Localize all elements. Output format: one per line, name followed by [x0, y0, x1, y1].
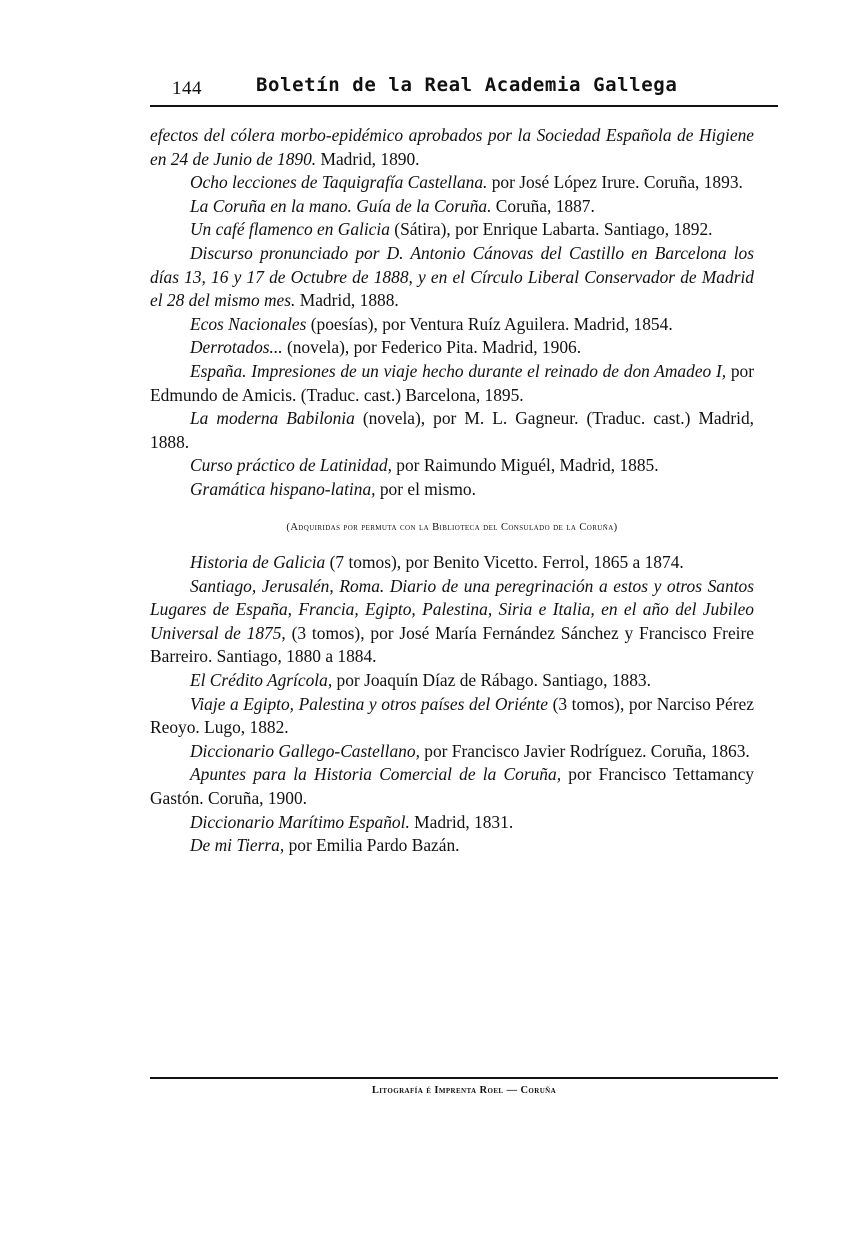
- entry-title: Viaje a Egipto, Palestina y otros países…: [190, 694, 548, 714]
- entry-title: La moderna Babilonia: [190, 408, 355, 428]
- entry-details: por el mismo.: [376, 479, 476, 499]
- bibliography-entry: efectos del cólera morbo-epidémico aprob…: [150, 124, 754, 171]
- entry-title: Ocho lecciones de Taquigrafía Castellana…: [190, 172, 487, 192]
- bibliography-entry: Ocho lecciones de Taquigrafía Castellana…: [150, 171, 754, 195]
- entry-title: Ecos Nacionales: [190, 314, 306, 334]
- entry-title: La Coruña en la mano. Guía de la Coruña.: [190, 196, 491, 216]
- entry-details: por Francisco Javier Rodríguez. Coruña, …: [420, 741, 750, 761]
- entry-title: Discurso pronunciado por D. Antonio Cáno…: [150, 243, 754, 310]
- bibliography-entry: La moderna Babilonia (novela), por M. L.…: [150, 407, 754, 454]
- bibliography-entry: La Coruña en la mano. Guía de la Coruña.…: [150, 195, 754, 219]
- entry-title: Diccionario Gallego-Castellano,: [190, 741, 420, 761]
- entry-title: Un café flamenco en Galicia: [190, 219, 390, 239]
- bibliography-entry: España. Impresiones de un viaje hecho du…: [150, 360, 754, 407]
- entry-details: (poesías), por Ventura Ruíz Aguilera. Ma…: [306, 314, 672, 334]
- entry-details: Madrid, 1831.: [410, 812, 513, 832]
- entry-details: por Emilia Pardo Bazán.: [284, 835, 459, 855]
- bibliography-entry: Apuntes para la Historia Comercial de la…: [150, 763, 754, 810]
- entry-title: Diccionario Marítimo Español.: [190, 812, 410, 832]
- entry-title: España. Impresiones de un viaje hecho du…: [190, 361, 726, 381]
- header-rule: [150, 105, 778, 107]
- entry-details: por Raimundo Miguél, Madrid, 1885.: [392, 455, 659, 475]
- page-header: 144 Boletín de la Real Academia Gallega: [150, 72, 778, 106]
- entry-details: (Sátira), por Enrique Labarta. Santiago,…: [390, 219, 713, 239]
- entry-details: (7 tomos), por Benito Vicetto. Ferrol, 1…: [325, 552, 683, 572]
- page-number: 144: [172, 78, 202, 100]
- entry-title: Historia de Galicia: [190, 552, 325, 572]
- entry-title: Curso práctico de Latinidad,: [190, 455, 392, 475]
- bibliography-entry: De mi Tierra, por Emilia Pardo Bazán.: [150, 834, 754, 858]
- entry-details: (novela), por Federico Pita. Madrid, 190…: [283, 337, 581, 357]
- section-note: (Adquiridas por permuta con la Bibliotec…: [150, 516, 754, 540]
- entry-title: Gramática hispano-latina,: [190, 479, 376, 499]
- bibliography-entry: El Crédito Agrícola, por Joaquín Díaz de…: [150, 669, 754, 693]
- entry-details: por José López Irure. Coruña, 1893.: [487, 172, 742, 192]
- bibliography-entry: Diccionario Marítimo Español. Madrid, 18…: [150, 811, 754, 835]
- entry-details: Madrid, 1890.: [316, 149, 419, 169]
- bibliography-entry: Derrotados... (novela), por Federico Pit…: [150, 336, 754, 360]
- entry-title: Derrotados...: [190, 337, 283, 357]
- entry-title: El Crédito Agrícola,: [190, 670, 332, 690]
- entry-title: efectos del cólera morbo-epidémico aprob…: [150, 125, 754, 169]
- entry-details: por Joaquín Díaz de Rábago. Santiago, 18…: [332, 670, 651, 690]
- entry-title: Apuntes para la Historia Comercial de la…: [190, 764, 561, 784]
- footer-rule: [150, 1077, 778, 1079]
- entry-title: De mi Tierra,: [190, 835, 284, 855]
- entry-details: Madrid, 1888.: [295, 290, 398, 310]
- bibliography-entry: Santiago, Jerusalén, Roma. Diario de una…: [150, 575, 754, 669]
- bibliography-entry: Historia de Galicia (7 tomos), por Benit…: [150, 551, 754, 575]
- running-title: Boletín de la Real Academia Gallega: [256, 74, 677, 96]
- bibliography-entry: Ecos Nacionales (poesías), por Ventura R…: [150, 313, 754, 337]
- entry-details: Coruña, 1887.: [491, 196, 594, 216]
- bibliography-entry: Discurso pronunciado por D. Antonio Cáno…: [150, 242, 754, 313]
- printer-imprint: Litografía é Imprenta Roel — Coruña: [150, 1085, 778, 1096]
- bibliography-entry: Viaje a Egipto, Palestina y otros países…: [150, 693, 754, 740]
- bibliography-entry: Un café flamenco en Galicia (Sátira), po…: [150, 218, 754, 242]
- bibliography-entry: Gramática hispano-latina, por el mismo.: [150, 478, 754, 502]
- bibliography-entry: Diccionario Gallego-Castellano, por Fran…: [150, 740, 754, 764]
- bibliography-list: efectos del cólera morbo-epidémico aprob…: [150, 124, 754, 858]
- bibliography-entry: Curso práctico de Latinidad, por Raimund…: [150, 454, 754, 478]
